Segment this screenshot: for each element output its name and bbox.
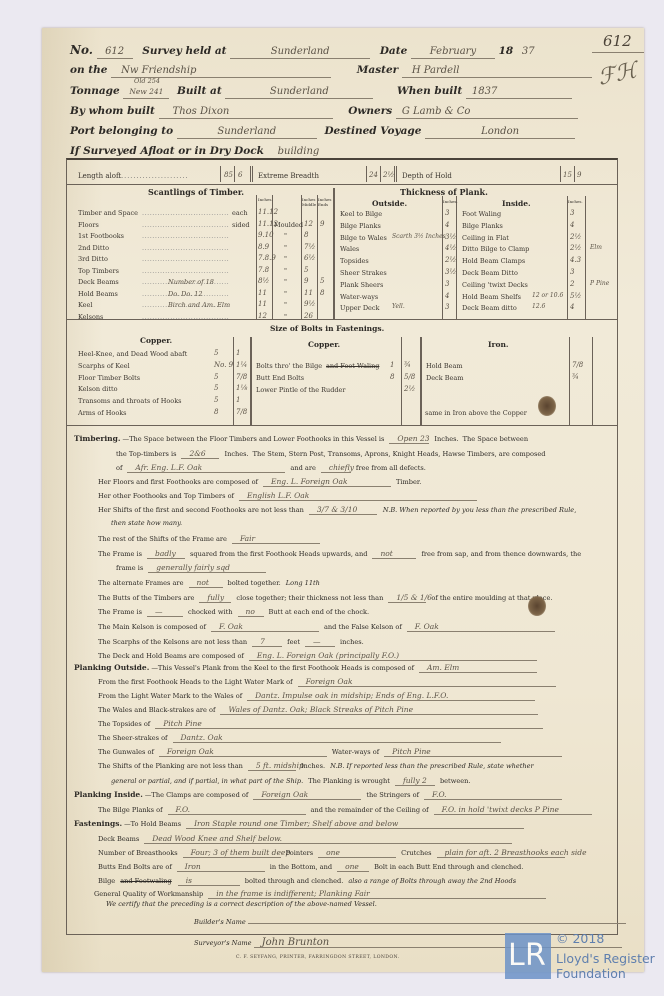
moulded-label: ": [284, 255, 287, 263]
form-line: General Quality of Workmanshipin the fra…: [92, 889, 549, 899]
label-text: —The Clamps are composed of: [145, 791, 248, 799]
org-name-line2: Foundation: [556, 966, 626, 981]
scantling-sided: 7.8.9: [258, 254, 276, 262]
outside-plank-value: 4½: [445, 244, 456, 252]
outside-plank-note: Yell.: [392, 303, 405, 310]
inside-plank-label: Deck Beam ditto: [462, 304, 517, 312]
label-text: The Gunwales of: [98, 748, 154, 756]
handwritten-value: is: [178, 876, 240, 886]
handwritten-value: Wales of Dantz. Oak; Black Streaks of Pi…: [220, 705, 538, 715]
copper-bolt-number: 5: [214, 373, 218, 381]
form-line: The rest of the Shifts of the Frame areF…: [96, 534, 323, 544]
outside-plank-label: Keel to Bilge: [340, 210, 382, 218]
form-line: The Frame is—chocked withnoButt at each …: [96, 607, 371, 617]
struck-text: and Foot Waling: [326, 362, 379, 370]
handwritten-value: badly: [147, 549, 185, 559]
copper-bolt-number: 8: [214, 408, 218, 416]
inside-plank-value: 2½: [570, 244, 581, 252]
scantlings-title: Scantlings of Timber.: [148, 187, 244, 197]
inside-title: Inside.: [502, 199, 531, 208]
label-text: Butts End Bolts are of: [98, 863, 172, 871]
handwritten-value: Iron: [177, 862, 265, 872]
header-line-3: Tonnage New 241 Built at Sunderland When…: [70, 85, 572, 99]
inside-plank-label: Foot Waling: [462, 210, 501, 218]
scantling-ends: 9: [320, 220, 324, 228]
inside-plank-note: 12.6: [532, 303, 545, 310]
note-text: N.B. If reported less than the prescribe…: [330, 762, 534, 770]
outside-plank-value: 3½: [445, 268, 456, 276]
label-text: Deck Beams: [98, 835, 139, 843]
label-text: and the False Kelson of: [324, 623, 402, 631]
label-text: From the first Foothook Heads to the Lig…: [98, 678, 293, 686]
scantling-middle: 5: [304, 266, 308, 274]
inside-plank-value: 3: [570, 209, 574, 217]
outside-plank-value: 3: [445, 280, 449, 288]
label-text: Her Floors and first Foothooks are compo…: [98, 478, 258, 486]
outside-plank-value: 3: [445, 303, 449, 311]
note-text: N.B. When reported by you less than the …: [383, 506, 576, 514]
outside-plank-label: Bilge Planks: [340, 222, 381, 230]
copper-bolt-label: Kelson ditto: [78, 385, 118, 393]
copper-bolt-size: 1: [236, 349, 240, 357]
moulded-label: ": [284, 244, 287, 252]
form-line: From the Light Water Mark to the Wales o…: [96, 691, 538, 701]
note-text: then state how many.: [111, 519, 182, 527]
inside-plank-value: 3: [570, 268, 574, 276]
inside-plank-margin: P Pine: [590, 280, 609, 287]
label-text: Inches.: [301, 762, 325, 770]
inside-plank-note: 12 or 10.6: [532, 292, 563, 299]
label-text: close together; their thickness not less…: [236, 594, 383, 602]
label-text: bolted through and clenched.: [245, 877, 344, 885]
handwritten-value: F. Oak: [211, 622, 319, 632]
label-text: Inches.: [224, 450, 248, 458]
form-line: The Main Kelson is composed ofF. Oakand …: [96, 622, 558, 632]
header-line-1: No. 612 Survey held at Sunderland Date F…: [70, 43, 543, 59]
handwritten-value: Pitch Pine: [155, 719, 543, 729]
form-line: The Wales and Black-strakes are ofWales …: [96, 705, 541, 715]
handwritten-value: —: [147, 607, 183, 617]
outside-plank-label: Bilge to Wales: [340, 234, 387, 242]
copper-bolt-number: No. 9: [214, 361, 233, 369]
iron-bolt-size: 7/8: [572, 361, 583, 369]
label-text: Bilge: [98, 877, 115, 885]
copper-bolt-label: Transoms and throats of Hooks: [78, 397, 181, 405]
outside-plank-value: 4: [445, 221, 449, 229]
form-line: Number of BreasthooksFour; 3 of them bui…: [96, 848, 568, 858]
label-text: Her Shifts of the first and second Footh…: [98, 506, 304, 514]
label-text: Timber.: [396, 478, 421, 486]
form-line: Her Floors and first Foothooks are compo…: [96, 477, 423, 487]
printer-credit: C. F. SEYFANG, PRINTER, FARRINGDON STREE…: [236, 955, 400, 960]
scantling-qualifier: Number of 18: [168, 278, 214, 286]
label-text: Crutches: [401, 849, 431, 857]
section-title: Planking Outside.: [74, 663, 149, 672]
leader-dots: ..................................: [80, 290, 229, 298]
scantling-middle: 7½: [304, 243, 315, 251]
length-feet: 85: [224, 171, 233, 179]
form-line: Her other Foothooks and Top Timbers ofEn…: [96, 491, 480, 501]
form-line: Planking Outside.—This Vessel's Plank fr…: [74, 663, 540, 673]
label-text: The Main Kelson is composed of: [98, 623, 206, 631]
form-line: The Deck and Hold Beams are composed ofE…: [96, 651, 540, 661]
form-line: The Topsides ofPitch Pine: [96, 719, 546, 729]
scantling-middle: 9½: [304, 300, 315, 308]
breadth-feet: 24: [369, 171, 378, 179]
handwritten-value: Afr. Eng. L.F. Oak: [127, 463, 285, 473]
copyright: © 2018: [556, 931, 604, 946]
inside-plank-value: 4: [570, 303, 574, 311]
label-text: and the remainder of the Ceiling of: [311, 806, 429, 814]
copper-mid-bolt-number: 8: [390, 373, 394, 381]
moulded-label: ": [284, 301, 287, 309]
copper-mid-bolt-label: Bolts thro' the Bilge: [256, 362, 322, 370]
copper-mid-bolt-size: 2½: [404, 385, 415, 393]
outside-plank-value: 2½: [445, 256, 456, 264]
handwritten-value: plain for aft. 2 Breasthooks each side: [437, 848, 565, 858]
handwritten-value: 2&6: [181, 449, 219, 459]
form-line: The Frame isbadlysquared from the first …: [96, 549, 583, 559]
handwritten-value: F. Oak: [407, 622, 555, 632]
inside-plank-value: 5½: [570, 292, 581, 300]
outside-title: Outside.: [372, 199, 407, 208]
lr-logo-r: R: [525, 938, 546, 973]
label-text: The Frame is: [98, 608, 142, 616]
handwritten-value: no: [238, 607, 264, 617]
form-line: then state how many.: [108, 519, 185, 527]
form-line: frame isgenerally fairly sqd: [114, 563, 269, 573]
scantling-middle: 12: [304, 220, 313, 228]
copper-bolt-size: 1¼: [236, 361, 247, 369]
outside-plank-label: Water-ways: [340, 293, 378, 301]
section-title: Fastenings.: [74, 819, 122, 828]
handwritten-value: F.O.: [168, 805, 306, 815]
handwritten-value: Dantz. Impulse oak in midship; Ends of E…: [247, 691, 535, 701]
length-inches: 6: [238, 171, 242, 179]
moulded-label: ": [284, 290, 287, 298]
handwritten-value: Dead Wood Knee and Shelf below.: [144, 834, 512, 844]
label-text: The Shifts of the Planking are not less …: [98, 762, 243, 770]
moulded-label: ": [284, 278, 287, 286]
plank-title: Thickness of Plank.: [400, 187, 488, 197]
survey-location: Sunderland: [230, 46, 370, 59]
label-text: Bolt in each Butt End through and clench…: [374, 863, 523, 871]
copper-bolt-size: 1: [236, 396, 240, 404]
label-text: General Quality of Workmanship: [94, 890, 203, 898]
moulded-label: Moulded: [274, 221, 303, 229]
inside-plank-label: Ditto Bilge to Clamp: [462, 245, 529, 253]
leader-dots: ..................................: [80, 267, 229, 275]
survey-date: February: [411, 46, 495, 59]
certification-statement: We certify that the preceding is a corre…: [106, 900, 377, 908]
handwritten-value: 3/7 & 3/10: [309, 505, 377, 515]
built-at: Sunderland: [225, 86, 373, 99]
form-line: Her Shifts of the first and second Footh…: [96, 505, 579, 515]
leader-dots: ..................................: [80, 221, 229, 229]
scantling-sided: 8.9: [258, 243, 269, 251]
scantling-middle: 11: [304, 289, 313, 297]
builder: Thos Dixon: [159, 106, 333, 119]
form-line: Timbering.—The Space between the Floor T…: [74, 434, 530, 444]
bolts-title: Size of Bolts in Fastenings.: [270, 324, 384, 333]
corner-number: 612: [603, 32, 632, 50]
label-text: The Deck and Hold Beams are composed of: [98, 652, 244, 660]
copper-mid-title: Copper.: [308, 340, 340, 349]
note-text: also a range of Bolts through away the 2…: [348, 877, 516, 885]
header-line-2: on the Nw Friendship Master H Pardell: [70, 64, 592, 78]
form-line: The Scarphs of the Kelsons are not less …: [96, 637, 366, 647]
copper-mid-bolt-label: Butt End Bolts: [256, 374, 304, 382]
scantling-qualifier: Do. Do. 12: [168, 290, 203, 298]
label-text: Her other Foothooks and Top Timbers of: [98, 492, 234, 500]
form-line: The Shifts of the Planking are not less …: [96, 761, 537, 771]
handwritten-value: English L.F. Oak: [239, 491, 477, 501]
handwritten-value: generally fairly sqd: [148, 563, 266, 573]
label-text: The Butts of the Timbers are: [98, 594, 194, 602]
leader-dots: ..................................: [80, 255, 229, 263]
handwritten-value: not: [372, 549, 416, 559]
iron-bolt-size: ¾: [572, 373, 579, 381]
scantling-qualifier: each: [232, 209, 248, 217]
label-text: —To Hold Beams: [124, 820, 181, 828]
inside-plank-value: 4.3: [570, 256, 581, 264]
label-text: The Stem, Stern Post, Transoms, Aprons, …: [253, 450, 546, 458]
form-line: The Sheer-strakes ofDantz. Oak: [96, 733, 504, 743]
destined-voyage: London: [425, 126, 575, 139]
copper-mid-bolt-size: ¾: [404, 361, 411, 369]
handwritten-value: —: [305, 637, 335, 647]
inside-plank-label: Hold Beam Shelfs: [462, 293, 521, 301]
label-text: frame is: [116, 564, 143, 572]
outside-plank-value: 3: [445, 209, 449, 217]
handwritten-value: Four; 3 of them built deep: [183, 848, 281, 858]
handwritten-value: F.O.: [424, 790, 562, 800]
handwritten-value: in the frame is indifferent; Planking Fa…: [208, 889, 546, 899]
handwritten-value: fully: [199, 593, 231, 603]
label-text: the Stringers of: [366, 791, 419, 799]
outside-plank-label: Topsides: [340, 257, 369, 265]
handwritten-value: 7: [252, 637, 282, 647]
form-line: From the first Foothook Heads to the Lig…: [96, 677, 559, 687]
handwritten-value: Eng. L. Foreign Oak (principally F.O.): [249, 651, 537, 661]
note-text: general or partial, and if partial, in w…: [111, 777, 303, 785]
handwritten-value: not: [189, 578, 223, 588]
scantling-sided: 8½: [258, 277, 269, 285]
form-line: ofAfr. Eng. L.F. Oakand arechieflyfree f…: [114, 463, 428, 473]
outside-plank-label: Plank Sheers: [340, 281, 383, 289]
label-text: The alternate Frames are: [98, 579, 184, 587]
depth-inches: 9: [577, 171, 581, 179]
inside-plank-label: Ceiling 'twixt Decks: [462, 281, 528, 289]
label-text: feet: [287, 638, 300, 646]
header-line-6: If Surveyed Afloat or in Dry Dock buildi…: [70, 145, 574, 159]
iron-bolt-label: Hold Beam: [426, 362, 463, 370]
tonnage-new: New 241: [123, 86, 169, 99]
moulded-label: ": [284, 267, 287, 275]
outside-plank-label: Wales: [340, 245, 359, 253]
label-text: The Topsides of: [98, 720, 150, 728]
outside-plank-label: Sheer Strakes: [340, 269, 387, 277]
copper-bolt-label: Arms of Hooks: [78, 409, 127, 417]
form-line: The alternate Frames arenotbolted togeth…: [96, 578, 323, 588]
label-text: free from sap, and from thence downwards…: [421, 550, 581, 558]
header-line-4: By whom built Thos Dixon Owners G Lamb &…: [70, 105, 578, 119]
survey-number: 612: [97, 46, 133, 59]
scantling-ends: 5: [320, 277, 324, 285]
copper-bolt-size: 7/8: [236, 408, 247, 416]
when-built: 1837: [466, 86, 572, 99]
scantling-qualifier: Birch and Am. Elm: [168, 301, 230, 309]
length-label: Length aloft: [78, 172, 121, 180]
scantling-sided: 9.10: [258, 231, 274, 239]
leader-dots: ..................................: [80, 244, 229, 252]
depth-label: Depth of Hold: [402, 172, 452, 180]
label-text: —The Space between the Floor Timbers and…: [123, 435, 385, 443]
copper-mid-bolt-label: Lower Pintle of the Rudder: [256, 386, 346, 394]
label-text: The Sheer-strakes of: [98, 734, 168, 742]
breadth-inches: 2½: [383, 171, 394, 179]
copper-mid-bolt-number: 1: [390, 361, 394, 369]
tonnage-old: Old 254: [134, 77, 160, 85]
handwritten-value: chiefly: [321, 463, 351, 473]
stain: [528, 596, 546, 616]
handwritten-value: 1/5 & 1/6: [388, 593, 426, 603]
header-line-5: Port belonging to Sunderland Destined Vo…: [70, 125, 575, 139]
scantling-middle: 6½: [304, 254, 315, 262]
label-text: —This Vessel's Plank from the Keel to th…: [151, 664, 414, 672]
handwritten-value: Foreign Oak: [298, 677, 556, 687]
moulded-label: ": [284, 232, 287, 240]
handwritten-value: 5 ft. midship: [248, 761, 296, 771]
lr-logo: LR: [505, 933, 551, 979]
iron-bolt-label: Deck Beam: [426, 374, 463, 382]
inside-plank-label: Deck Beam Ditto: [462, 269, 518, 277]
inside-plank-value: 2: [570, 280, 574, 288]
scantling-sided: 7.8: [258, 266, 269, 274]
label-text: The Wales and Black-strakes are of: [98, 706, 215, 714]
handwritten-value: Dantz. Oak: [173, 733, 501, 743]
copper-bolt-label: Scarphs of Keel: [78, 362, 130, 370]
handwritten-value: F.O. in hold 'twixt decks P Pine: [434, 805, 592, 815]
owners: G Lamb & Co: [396, 106, 578, 119]
label-text: chocked with: [188, 608, 232, 616]
outside-plank-note: Scarth 3½ Inches: [392, 233, 446, 240]
iron-note: same in Iron above the Copper: [425, 409, 527, 417]
form-line: The Bilge Planks ofF.O.and the remainder…: [96, 805, 595, 815]
label-text: free from all defects.: [356, 464, 426, 472]
handwritten-value: Am. Elm: [419, 663, 537, 673]
handwritten-value: Eng. L. Foreign Oak: [263, 477, 391, 487]
leader-dots: ..................................: [80, 209, 229, 217]
label-text: the Top-timbers is: [116, 450, 176, 458]
section-title: Planking Inside.: [74, 790, 143, 799]
inside-plank-label: Hold Beam Clamps: [462, 257, 525, 265]
corner-rule: [592, 52, 644, 53]
handwritten-value: Fair: [232, 534, 320, 544]
copper-bolt-number: 5: [214, 384, 218, 392]
master-name: H Pardell: [402, 65, 592, 78]
org-name-line1: Lloyd's Register: [556, 951, 655, 966]
handwritten-value: Foreign Oak: [253, 790, 361, 800]
label-text: bolted together.: [228, 579, 281, 587]
lr-logo-l: L: [508, 938, 525, 973]
copper-bolt-number: 5: [214, 349, 218, 357]
inside-plank-label: Ceiling in Flat: [462, 234, 509, 242]
inside-plank-value: 4: [570, 221, 574, 229]
form-line: The Butts of the Timbers arefullyclose t…: [96, 593, 555, 603]
copper-bolt-number: 5: [214, 396, 218, 404]
outside-plank-value: 3½: [445, 233, 456, 241]
label-text: From the Light Water Mark to the Wales o…: [98, 692, 242, 700]
outside-plank-value: 4: [445, 292, 449, 300]
label-text: between.: [440, 777, 471, 785]
label-text: and are: [290, 464, 315, 472]
inside-plank-label: Bilge Planks: [462, 222, 503, 230]
label-text: of: [116, 464, 122, 472]
leader-dots: ..................................: [80, 232, 229, 240]
form-line: Fastenings.—To Hold BeamsIron Staple rou…: [74, 819, 527, 829]
scantling-sided: 11.12: [258, 208, 278, 216]
scantling-sided: 11: [258, 289, 267, 297]
label-text: Water-ways of: [332, 748, 379, 756]
port-belonging: Sunderland: [177, 126, 317, 139]
label-text: squared from the first Foothook Heads up…: [190, 550, 367, 558]
copper-left-title: Copper.: [140, 336, 172, 345]
iron-title: Iron.: [488, 340, 509, 349]
form-line: Planking Inside.—The Clamps are composed…: [74, 790, 565, 800]
label-text: Butt at each end of the chock.: [269, 608, 370, 616]
handwritten-value: Open 23: [389, 434, 429, 444]
label-text: The rest of the Shifts of the Frame are: [98, 535, 227, 543]
handwritten-value: fully 2: [395, 776, 435, 786]
handwritten-value: Pitch Pine: [384, 747, 562, 757]
handwritten-value: Iron Staple round one Timber; Shelf abov…: [186, 819, 524, 829]
section-title: Timbering.: [74, 434, 121, 443]
label-text: inches.: [340, 638, 364, 646]
scantling-qualifier: sided: [232, 221, 250, 229]
handwritten-value: one: [318, 848, 396, 858]
outside-plank-label: Upper Deck: [340, 304, 379, 312]
handwritten-value: one: [337, 862, 369, 872]
label-text: The Planking is wrought: [308, 777, 390, 785]
scantling-sided: 11: [258, 300, 267, 308]
copper-bolt-label: Heel-Knee, and Dead Wood abaft: [78, 350, 187, 358]
scantling-middle: 9: [304, 277, 308, 285]
scantling-ends: 8: [320, 289, 324, 297]
handwritten-value: Foreign Oak: [159, 747, 327, 757]
form-line: The Gunwales ofForeign OakWater-ways ofP…: [96, 747, 565, 757]
label-text: Inches.: [434, 435, 458, 443]
form-line: Deck BeamsDead Wood Knee and Shelf below…: [96, 834, 515, 844]
builder-name: [248, 923, 626, 924]
label-text: Number of Breasthooks: [98, 849, 178, 857]
label-text: The Space between: [463, 435, 528, 443]
label-text: The Scarphs of the Kelsons are not less …: [98, 638, 247, 646]
form-line: Butts End Bolts are ofIronin the Bottom,…: [96, 862, 525, 872]
label-text: Pointers: [286, 849, 314, 857]
label-text: The Frame is: [98, 550, 142, 558]
inside-plank-margin: Elm: [590, 244, 602, 251]
inside-plank-value: 2½: [570, 233, 581, 241]
note-text: Long 11th: [286, 579, 320, 587]
copper-mid-bolt-size: 5/8: [404, 373, 415, 381]
breadth-label: Extreme Breadth: [258, 172, 319, 180]
form-line: general or partial, and if partial, in w…: [108, 776, 473, 786]
scantling-middle: 8: [304, 231, 308, 239]
form-line: Bilgeand Footwalingisbolted through and …: [96, 876, 519, 886]
copper-bolt-size: 1⅛: [236, 384, 247, 392]
label-text: in the Bottom, and: [270, 863, 332, 871]
